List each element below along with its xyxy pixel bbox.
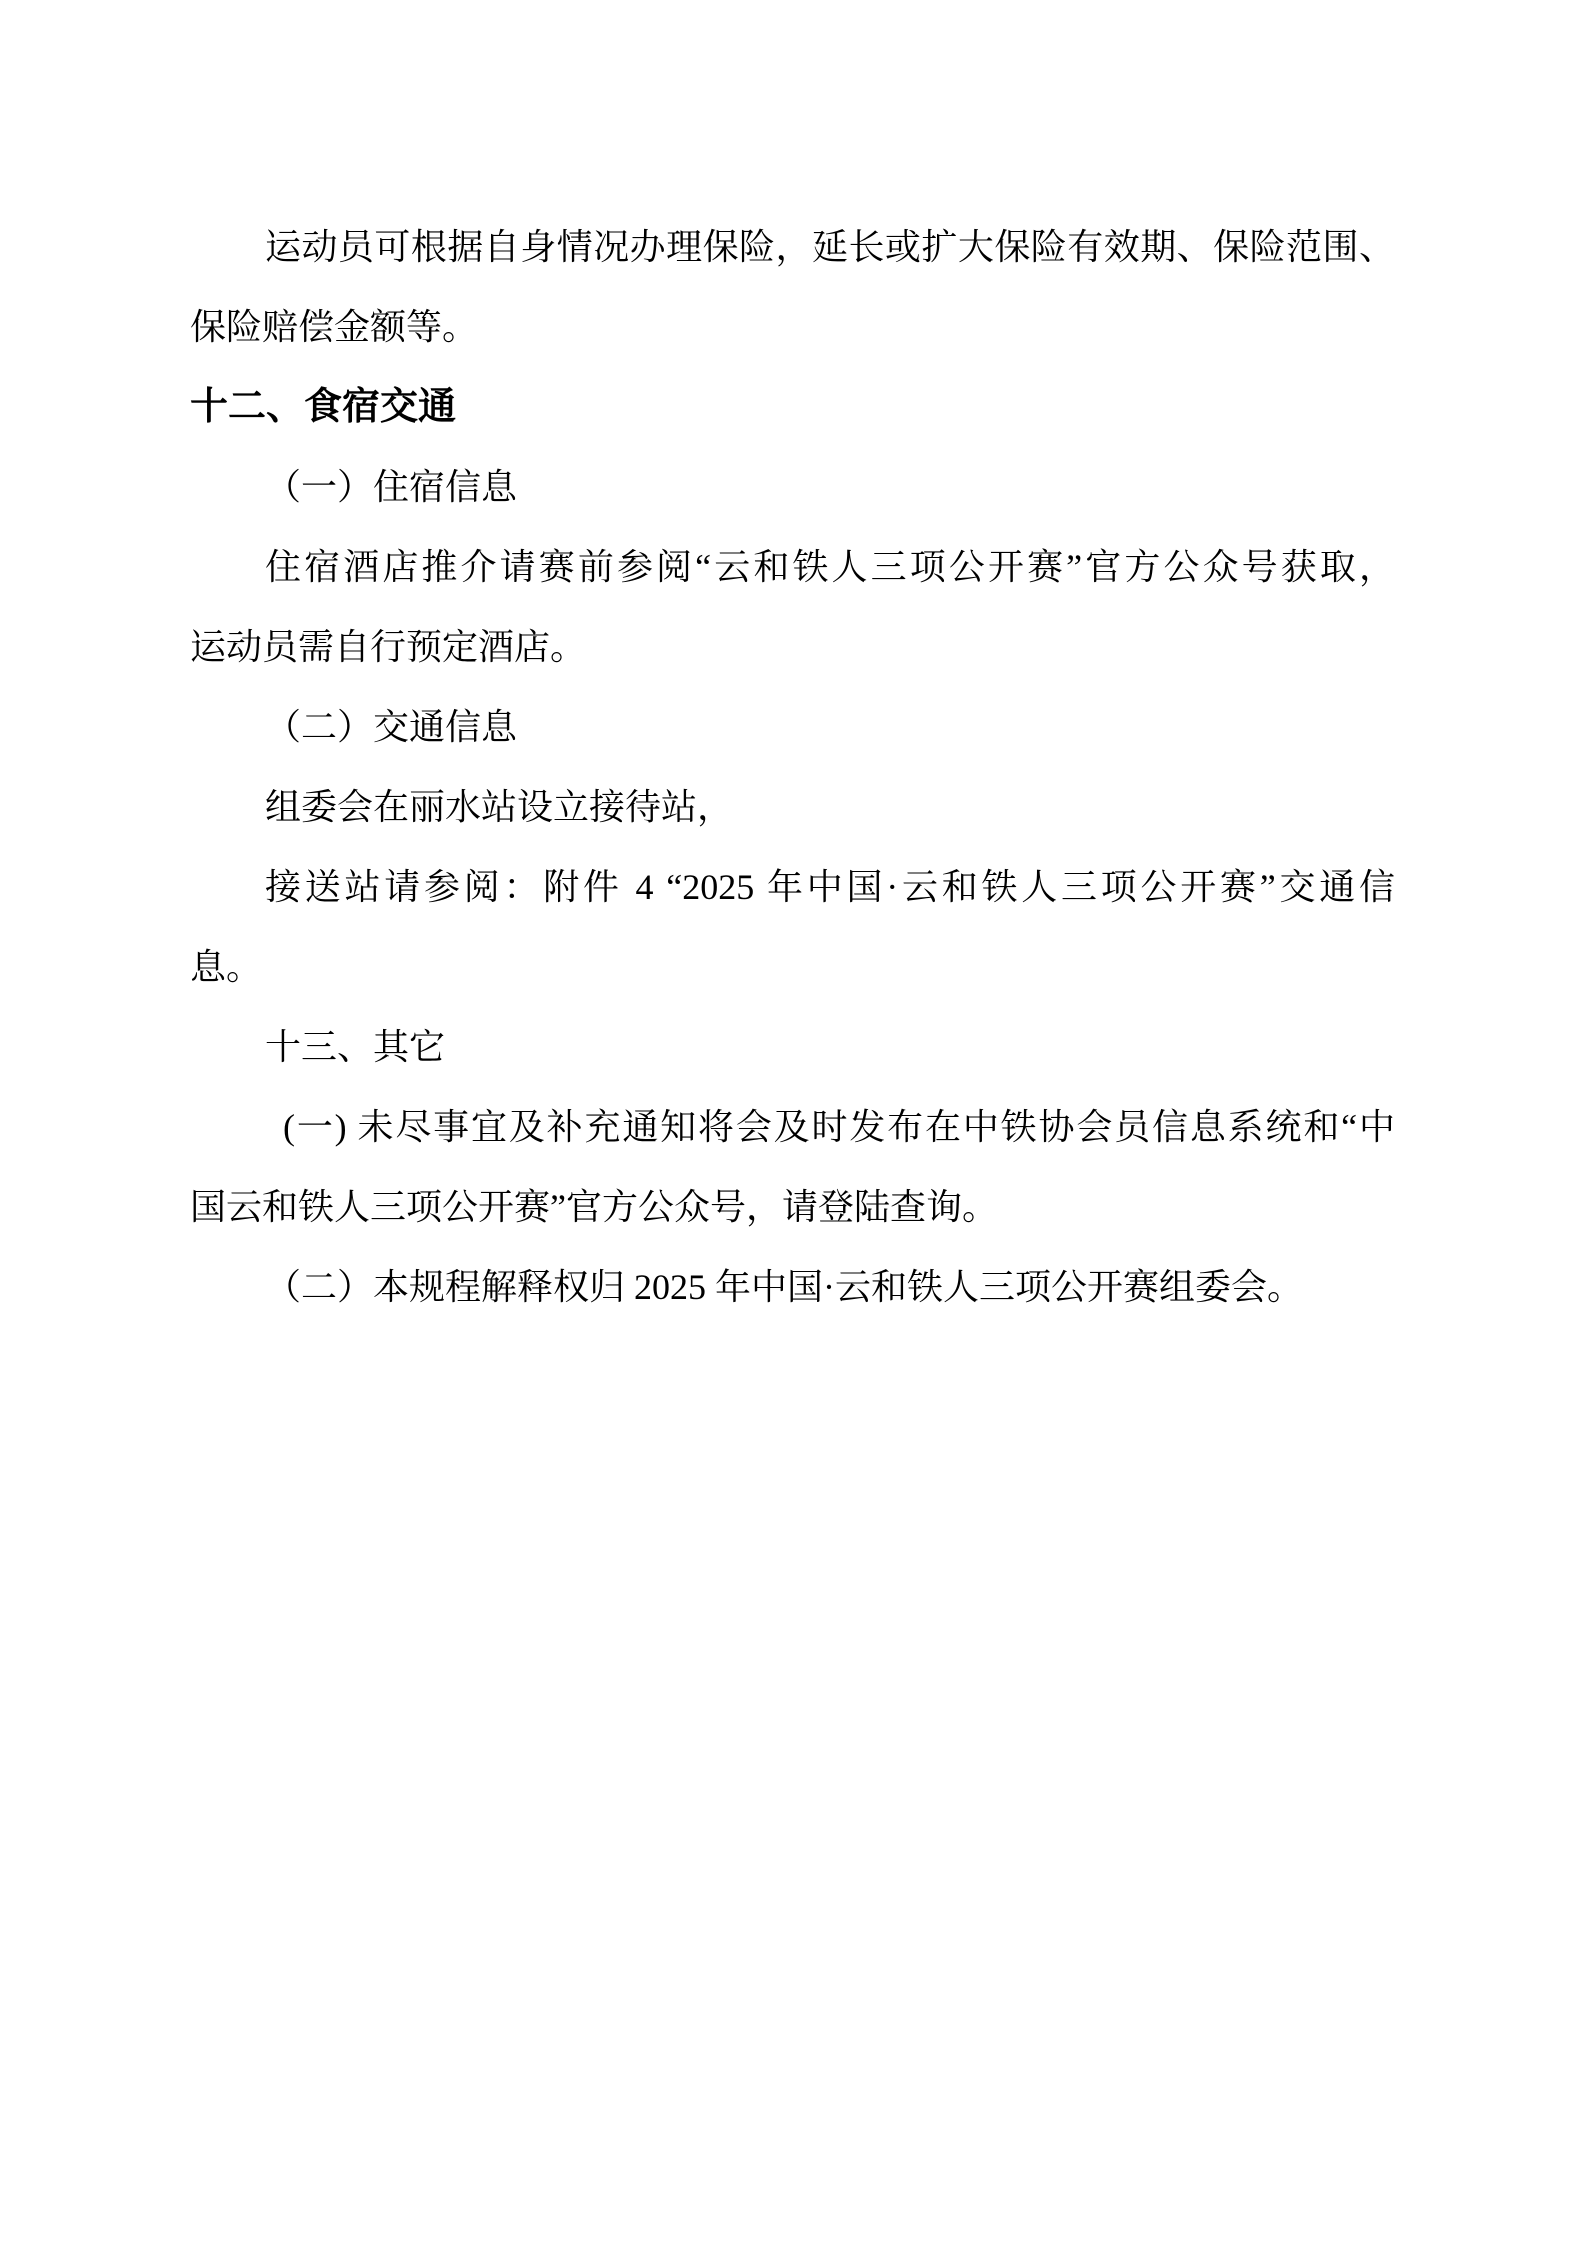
transport-paragraph-line-3: 息。 bbox=[190, 927, 1395, 1007]
accommodation-paragraph-line-1: 住宿酒店推介请赛前参阅“云和铁人三项公开赛”官方公众号获取， bbox=[190, 527, 1395, 607]
document-text-block: 运动员可根据自身情况办理保险，延长或扩大保险有效期、保险范围、 保险赔偿金额等。… bbox=[190, 207, 1395, 1327]
other-item-2-line: （二）本规程解释权归 2025 年中国·云和铁人三项公开赛组委会。 bbox=[190, 1247, 1395, 1327]
transport-paragraph-line-1: 组委会在丽水站设立接待站， bbox=[190, 767, 1395, 847]
insurance-paragraph-line-1: 运动员可根据自身情况办理保险，延长或扩大保险有效期、保险范围、 bbox=[190, 207, 1395, 287]
accommodation-paragraph-line-2: 运动员需自行预定酒店。 bbox=[190, 607, 1395, 687]
section-12-heading: 十二、食宿交通 bbox=[190, 367, 1395, 447]
item-2-transport-title: （二）交通信息 bbox=[190, 687, 1395, 767]
insurance-paragraph-line-2: 保险赔偿金额等。 bbox=[190, 287, 1395, 367]
section-13-heading: 十三、其它 bbox=[190, 1007, 1395, 1087]
other-item-1-line-1: (一) 未尽事宜及补充通知将会及时发布在中铁协会员信息系统和“中 bbox=[190, 1087, 1395, 1167]
transport-paragraph-line-2: 接送站请参阅：附件 4 “2025 年中国·云和铁人三项公开赛”交通信 bbox=[190, 847, 1395, 927]
document-page: 运动员可根据自身情况办理保险，延长或扩大保险有效期、保险范围、 保险赔偿金额等。… bbox=[0, 0, 1587, 2245]
item-1-accommodation-title: （一）住宿信息 bbox=[190, 447, 1395, 527]
other-item-1-line-2: 国云和铁人三项公开赛”官方公众号，请登陆查询。 bbox=[190, 1167, 1395, 1247]
